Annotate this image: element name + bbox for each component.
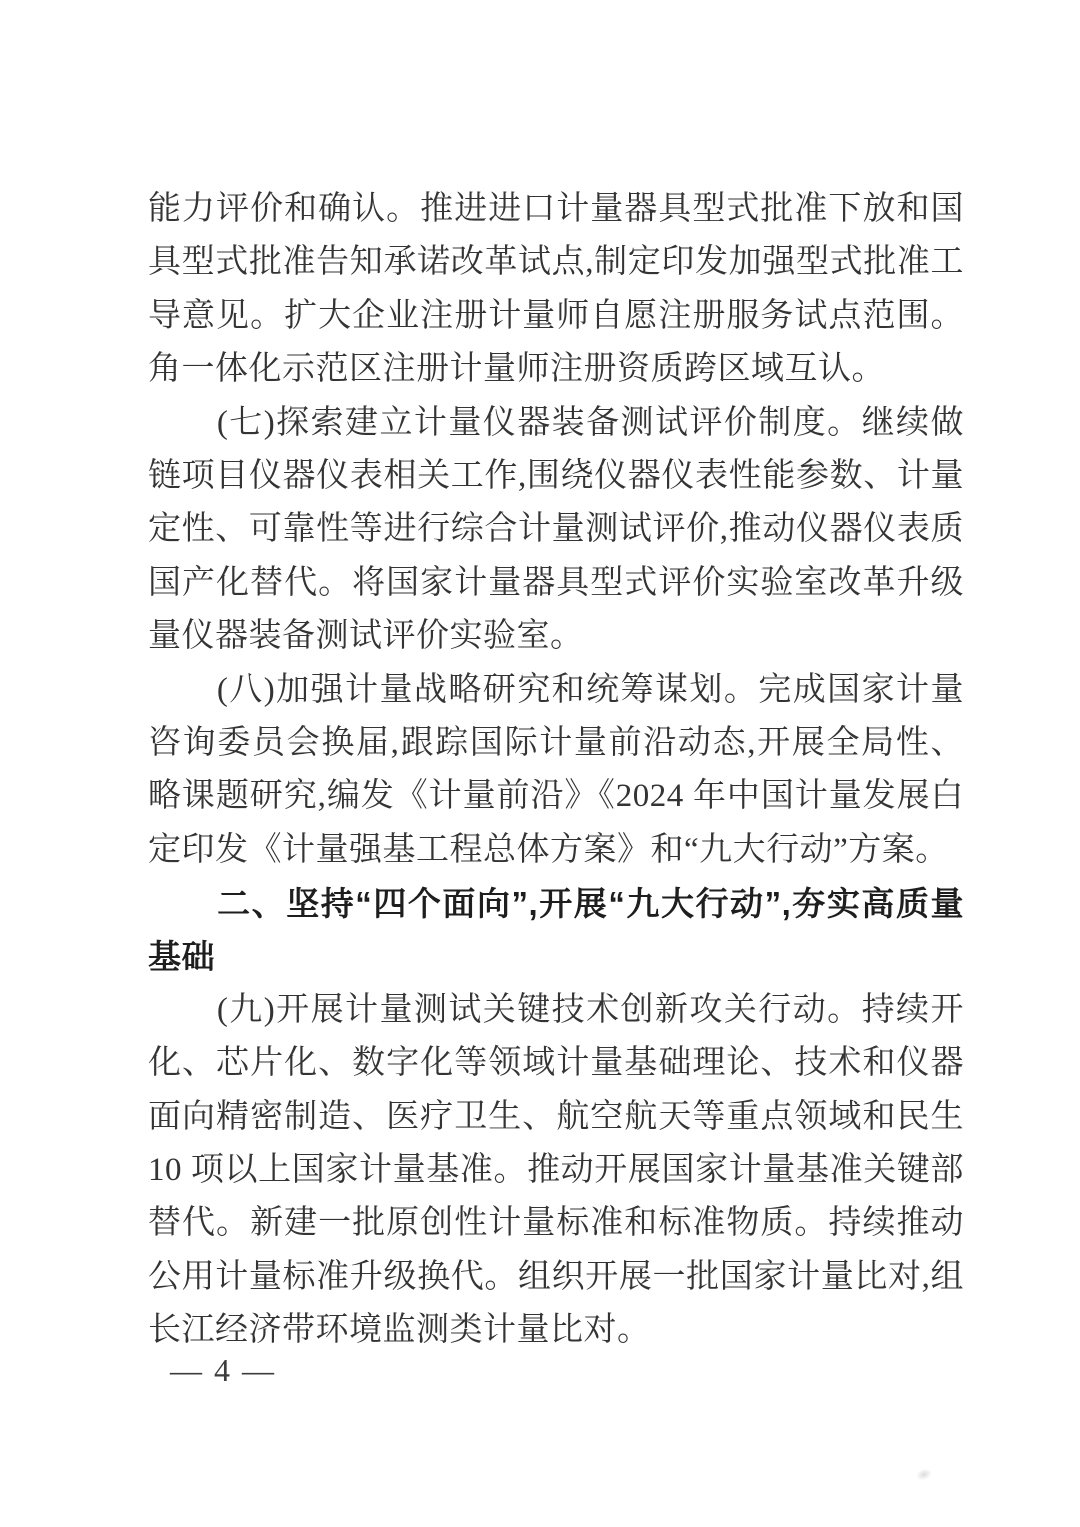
- text-line: 替代。新建一批原创性计量标准和标准物质。持续推动全国社会: [148, 1197, 964, 1250]
- paragraph-item-9: (九)开展计量测试关键技术创新攻关行动。持续开展量子化、芯片化、数字化等领域计量…: [148, 984, 964, 1358]
- paragraph-item-8: (八)加强计量战略研究和统筹谋划。完成国家计量战略专家咨询委员会换届,跟踪国际计…: [148, 664, 964, 878]
- text-line: 二、坚持“四个面向”,开展“九大行动”,夯实高质量发展计量: [148, 877, 964, 930]
- text-line: 导意见。扩大企业注册计量师自愿注册服务试点范围。推动长三: [148, 290, 964, 343]
- text-line: 角一体化示范区注册计量师注册资质跨区域互认。: [148, 343, 964, 396]
- text-line: 量仪器装备测试评价实验室。: [148, 610, 964, 663]
- text-line: 基础: [148, 930, 964, 983]
- page-number: — 4 —: [170, 1350, 276, 1390]
- text-line: 具型式批准告知承诺改革试点,制定印发加强型式批准工作的指: [148, 236, 964, 289]
- document-body: 能力评价和确认。推进进口计量器具型式批准下放和国产计量器具型式批准告知承诺改革试…: [148, 183, 964, 1358]
- text-line: 国产化替代。将国家计量器具型式评价实验室改革升级为国家计: [148, 557, 964, 610]
- text-line: 面向精密制造、医疗卫生、航空航天等重点领域和民生所需,建立: [148, 1091, 964, 1144]
- text-line: 10 项以上国家计量基准。推动开展国家计量基准关键部件国产: [148, 1144, 964, 1197]
- text-line: (八)加强计量战略研究和统筹谋划。完成国家计量战略专家: [148, 664, 964, 717]
- text-line: 链项目仪器仪表相关工作,围绕仪器仪表性能参数、计量指标、稳: [148, 450, 964, 503]
- text-line: 定印发《计量强基工程总体方案》和“九大行动”方案。: [148, 824, 964, 877]
- text-line: (九)开展计量测试关键技术创新攻关行动。持续开展量子: [148, 984, 964, 1037]
- scan-artifact: [915, 1467, 934, 1483]
- text-line: 定性、可靠性等进行综合计量测试评价,推动仪器仪表质量提升和: [148, 503, 964, 556]
- paragraph-continuation: 能力评价和确认。推进进口计量器具型式批准下放和国产计量器具型式批准告知承诺改革试…: [148, 183, 964, 397]
- text-line: 咨询委员会换届,跟踪国际计量前沿动态,开展全局性、前瞻性战: [148, 717, 964, 770]
- section-heading-2: 二、坚持“四个面向”,开展“九大行动”,夯实高质量发展计量基础: [148, 877, 964, 984]
- text-line: 能力评价和确认。推进进口计量器具型式批准下放和国产计量器: [148, 183, 964, 236]
- document-page: 能力评价和确认。推进进口计量器具型式批准下放和国产计量器具型式批准告知承诺改革试…: [0, 0, 1080, 1527]
- paragraph-item-7: (七)探索建立计量仪器装备测试评价制度。继续做好质量强链项目仪器仪表相关工作,围…: [148, 397, 964, 664]
- text-line: 略课题研究,编发《计量前沿》《2024 年中国计量发展白皮书》。制: [148, 770, 964, 823]
- text-line: 公用计量标准升级换代。组织开展一批国家计量比对,组织开展: [148, 1251, 964, 1304]
- text-line: (七)探索建立计量仪器装备测试评价制度。继续做好质量强: [148, 397, 964, 450]
- text-line: 化、芯片化、数字化等领域计量基础理论、技术和仪器装备研究。: [148, 1037, 964, 1090]
